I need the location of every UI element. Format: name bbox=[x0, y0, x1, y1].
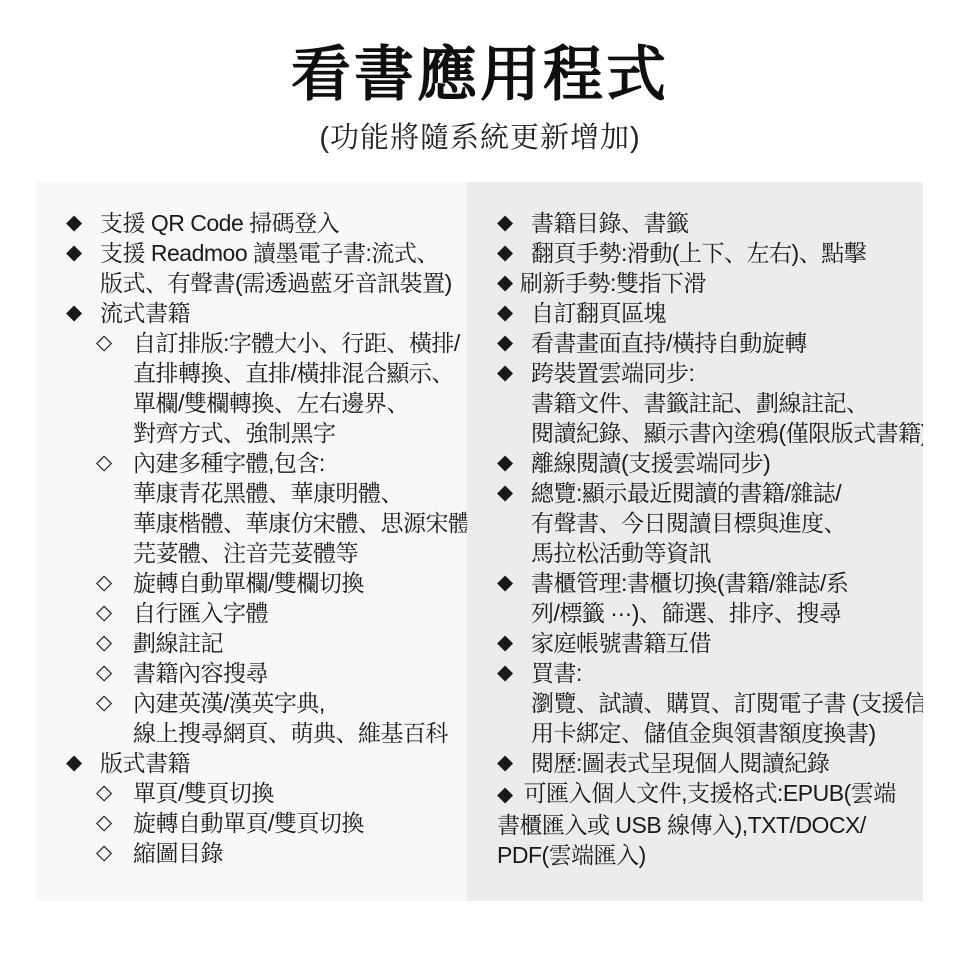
feature-item: ◆跨裝置雲端同步:書籍文件、書籤註記、劃線註記、閱讀紀錄、顯示書內塗鴉(僅限版式… bbox=[497, 358, 917, 448]
diamond-filled-icon: ◆ bbox=[497, 658, 531, 688]
feature-line: 旋轉自動單頁/雙頁切換 bbox=[133, 808, 364, 838]
feature-line: 書櫃匯入或 USB 線傳入),TXT/DOCX/ bbox=[497, 810, 917, 840]
diamond-filled-icon: ◆ bbox=[497, 628, 531, 658]
feature-line: 流式書籍 bbox=[100, 298, 190, 328]
feature-line: 看書畫面直持/橫持自動旋轉 bbox=[531, 328, 807, 358]
diamond-outline-icon: ◇ bbox=[96, 808, 133, 838]
diamond-outline-icon: ◇ bbox=[96, 688, 133, 718]
feature-line: ◆可匯入個人文件,支援格式:EPUB(雲端 bbox=[497, 778, 917, 810]
diamond-filled-icon: ◆ bbox=[497, 268, 520, 298]
feature-line: 劃線註記 bbox=[133, 628, 223, 658]
diamond-outline-icon: ◇ bbox=[96, 658, 133, 688]
feature-item: ◆流式書籍 bbox=[66, 298, 461, 328]
page-subtitle: (功能將隨系統更新增加) bbox=[0, 115, 960, 156]
feature-line: 有聲書、今日閱讀目標與進度、 bbox=[531, 508, 846, 538]
feature-item: ◆離線閱讀(支援雲端同步) bbox=[497, 448, 917, 478]
diamond-filled-icon: ◆ bbox=[66, 748, 100, 778]
diamond-outline-icon: ◇ bbox=[96, 448, 133, 478]
feature-item: ◆家庭帳號書籍互借 bbox=[497, 628, 917, 658]
feature-line: 內建英漢/漢英字典, bbox=[133, 688, 448, 718]
feature-item: ◇縮圖目錄 bbox=[96, 838, 461, 868]
feature-line: 家庭帳號書籍互借 bbox=[531, 628, 711, 658]
feature-item: ◇自行匯入字體 bbox=[96, 598, 461, 628]
diamond-filled-icon: ◆ bbox=[497, 238, 531, 268]
diamond-filled-icon: ◆ bbox=[497, 358, 531, 388]
feature-line: 單欄/雙欄轉換、左右邊界、 bbox=[133, 388, 460, 418]
feature-item: ◆支援 Readmoo 讀墨電子書:流式、版式、有聲書(需透過藍牙音訊裝置) bbox=[66, 238, 461, 298]
page-title: 看書應用程式 bbox=[0, 40, 960, 109]
diamond-filled-icon: ◆ bbox=[66, 298, 100, 328]
feature-item: ◆看書畫面直持/橫持自動旋轉 bbox=[497, 328, 917, 358]
diamond-filled-icon: ◆ bbox=[497, 298, 531, 328]
header: 看書應用程式 (功能將隨系統更新增加) bbox=[0, 0, 960, 156]
feature-item: ◇旋轉自動單欄/雙欄切換 bbox=[96, 568, 461, 598]
feature-line: 華康楷體、華康仿宋體、思源宋體、 bbox=[133, 508, 461, 538]
feature-line: 跨裝置雲端同步: bbox=[531, 358, 917, 388]
feature-item: ◆總覽:顯示最近閱讀的書籍/雜誌/有聲書、今日閱讀目標與進度、馬拉松活動等資訊 bbox=[497, 478, 917, 568]
diamond-filled-icon: ◆ bbox=[497, 478, 531, 508]
feature-item: ◆支援 QR Code 掃碼登入 bbox=[66, 208, 461, 238]
feature-line: 直排轉換、直排/橫排混合顯示、 bbox=[133, 358, 460, 388]
feature-item: ◆買書:瀏覽、試讀、購買、訂閱電子書 (支援信用卡綁定、儲值金與領書額度換書) bbox=[497, 658, 917, 748]
diamond-filled-icon: ◆ bbox=[66, 208, 100, 238]
feature-line: 閱讀紀錄、顯示書內塗鴉(僅限版式書籍) bbox=[531, 418, 917, 448]
feature-line: 旋轉自動單欄/雙欄切換 bbox=[133, 568, 364, 598]
feature-line: 總覽:顯示最近閱讀的書籍/雜誌/ bbox=[531, 478, 846, 508]
feature-panels: ◆支援 QR Code 掃碼登入◆支援 Readmoo 讀墨電子書:流式、版式、… bbox=[36, 182, 923, 901]
feature-line: 對齊方式、強制黑字 bbox=[133, 418, 460, 448]
feature-line: 支援 QR Code 掃碼登入 bbox=[100, 208, 339, 238]
diamond-outline-icon: ◇ bbox=[96, 568, 133, 598]
diamond-outline-icon: ◇ bbox=[96, 838, 133, 868]
feature-line: 線上搜尋網頁、萌典、維基百科 bbox=[133, 718, 448, 748]
feature-item: ◆書櫃管理:書櫃切換(書籍/雜誌/系列/標籤 ···)、篩選、排序、搜尋 bbox=[497, 568, 917, 628]
feature-item: ◆版式書籍 bbox=[66, 748, 461, 778]
feature-line: 芫荽體、注音芫荽體等 bbox=[133, 538, 461, 568]
feature-item: ◆翻頁手勢:滑動(上下、左右)、點擊 bbox=[497, 238, 917, 268]
feature-item: ◇內建英漢/漢英字典,線上搜尋網頁、萌典、維基百科 bbox=[96, 688, 461, 748]
feature-line: 版式、有聲書(需透過藍牙音訊裝置) bbox=[100, 268, 452, 298]
feature-item: ◇自訂排版:字體大小、行距、橫排/直排轉換、直排/橫排混合顯示、單欄/雙欄轉換、… bbox=[96, 328, 461, 448]
diamond-outline-icon: ◇ bbox=[96, 628, 133, 658]
feature-item: ◇劃線註記 bbox=[96, 628, 461, 658]
diamond-outline-icon: ◇ bbox=[96, 778, 133, 808]
feature-line: 內建多種字體,包含: bbox=[133, 448, 461, 478]
feature-line: 書籍文件、書籤註記、劃線註記、 bbox=[531, 388, 917, 418]
feature-line: 刷新手勢:雙指下滑 bbox=[520, 268, 706, 298]
diamond-filled-icon: ◆ bbox=[497, 328, 531, 358]
feature-item: ◆刷新手勢:雙指下滑 bbox=[497, 268, 917, 298]
feature-line: 閱歷:圖表式呈現個人閱讀紀錄 bbox=[531, 748, 829, 778]
feature-line: 翻頁手勢:滑動(上下、左右)、點擊 bbox=[531, 238, 866, 268]
left-panel: ◆支援 QR Code 掃碼登入◆支援 Readmoo 讀墨電子書:流式、版式、… bbox=[36, 182, 467, 901]
poster: 看書應用程式 (功能將隨系統更新增加) ◆支援 QR Code 掃碼登入◆支援 … bbox=[0, 0, 960, 960]
feature-line: 書籍目錄、書籤 bbox=[531, 208, 689, 238]
diamond-filled-icon: ◆ bbox=[497, 748, 531, 778]
feature-line: 瀏覽、試讀、購買、訂閱電子書 (支援信 bbox=[531, 688, 917, 718]
feature-line: PDF(雲端匯入) bbox=[497, 840, 917, 870]
diamond-outline-icon: ◇ bbox=[96, 328, 133, 358]
right-panel: ◆書籍目錄、書籤◆翻頁手勢:滑動(上下、左右)、點擊◆刷新手勢:雙指下滑◆自訂翻… bbox=[467, 182, 923, 901]
feature-item: ◆可匯入個人文件,支援格式:EPUB(雲端書櫃匯入或 USB 線傳入),TXT/… bbox=[497, 778, 917, 870]
feature-item: ◇書籍內容搜尋 bbox=[96, 658, 461, 688]
feature-item: ◇旋轉自動單頁/雙頁切換 bbox=[96, 808, 461, 838]
feature-line: 列/標籤 ···)、篩選、排序、搜尋 bbox=[531, 598, 848, 628]
diamond-filled-icon: ◆ bbox=[66, 238, 100, 268]
diamond-filled-icon: ◆ bbox=[497, 448, 531, 478]
feature-line: 離線閱讀(支援雲端同步) bbox=[531, 448, 770, 478]
feature-line: 支援 Readmoo 讀墨電子書:流式、 bbox=[100, 238, 452, 268]
feature-line: 買書: bbox=[531, 658, 917, 688]
feature-item: ◆閱歷:圖表式呈現個人閱讀紀錄 bbox=[497, 748, 917, 778]
feature-line: 馬拉松活動等資訊 bbox=[531, 538, 846, 568]
diamond-filled-icon: ◆ bbox=[497, 783, 513, 806]
feature-line: 自訂翻頁區塊 bbox=[531, 298, 666, 328]
feature-item: ◆書籍目錄、書籤 bbox=[497, 208, 917, 238]
feature-line: 書籍內容搜尋 bbox=[133, 658, 268, 688]
feature-line: 版式書籍 bbox=[100, 748, 190, 778]
feature-line: 自行匯入字體 bbox=[133, 598, 268, 628]
feature-line: 用卡綁定、儲值金與領書額度換書) bbox=[531, 718, 917, 748]
diamond-filled-icon: ◆ bbox=[497, 568, 531, 598]
feature-item: ◇內建多種字體,包含:華康青花黑體、華康明體、華康楷體、華康仿宋體、思源宋體、芫… bbox=[96, 448, 461, 568]
feature-item: ◆自訂翻頁區塊 bbox=[497, 298, 917, 328]
feature-line: 縮圖目錄 bbox=[133, 838, 223, 868]
feature-line: 書櫃管理:書櫃切換(書籍/雜誌/系 bbox=[531, 568, 848, 598]
feature-item: ◇單頁/雙頁切換 bbox=[96, 778, 461, 808]
feature-line: 華康青花黑體、華康明體、 bbox=[133, 478, 461, 508]
diamond-outline-icon: ◇ bbox=[96, 598, 133, 628]
feature-line: 自訂排版:字體大小、行距、橫排/ bbox=[133, 328, 460, 358]
feature-line: 單頁/雙頁切換 bbox=[133, 778, 274, 808]
diamond-filled-icon: ◆ bbox=[497, 208, 531, 238]
